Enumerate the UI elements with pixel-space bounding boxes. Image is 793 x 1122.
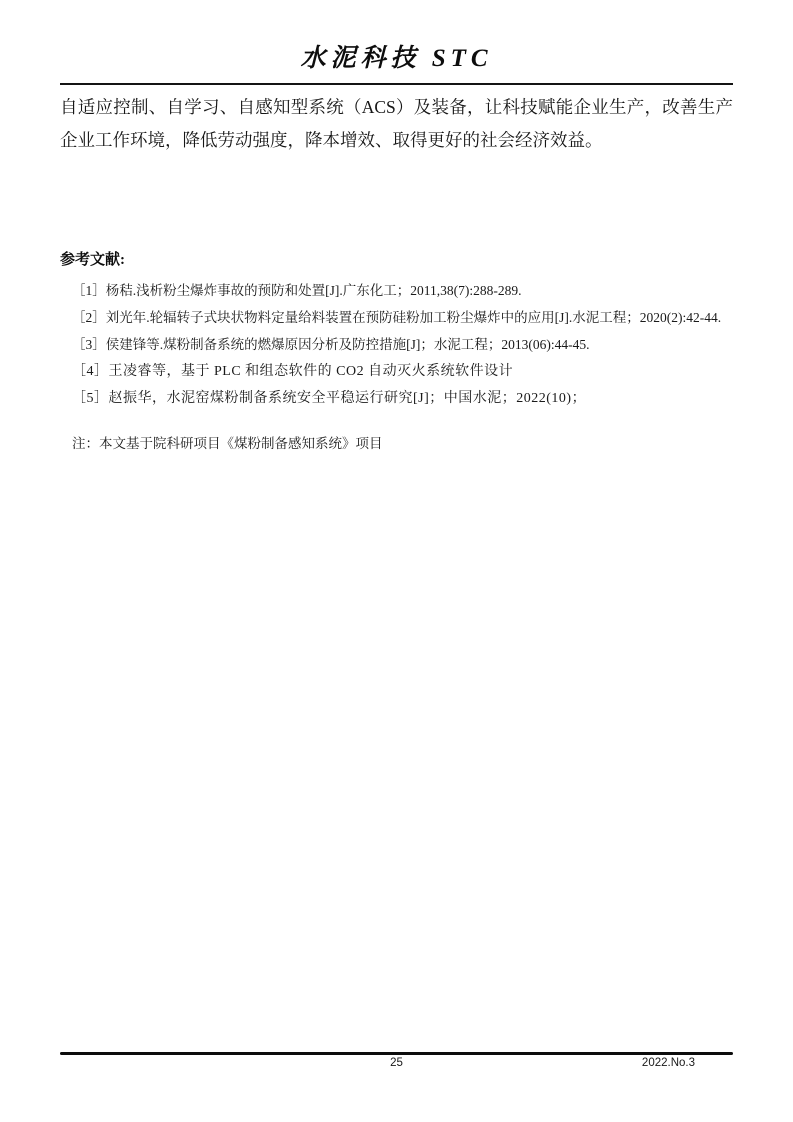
footer-divider (60, 1052, 733, 1055)
reference-item: ［1］杨秸.浅析粉尘爆炸事故的预防和处置[J].广东化工；2011,38(7):… (60, 277, 733, 304)
lead-paragraph: 自适应控制、自学习、自感知型系统（ACS）及装备，让科技赋能企业生产，改善生产企… (60, 91, 733, 157)
reference-item: ［3］侯建锋等.煤粉制备系统的燃爆原因分析及防控措施[J]；水泥工程；2013(… (60, 331, 733, 358)
reference-item: ［5］赵振华，水泥窑煤粉制备系统安全平稳运行研究[J]；中国水泥；2022(10… (60, 385, 733, 412)
reference-item: ［2］刘光年.轮辐转子式块状物料定量给料装置在预防硅粉加工粉尘爆炸中的应用[J]… (60, 304, 733, 331)
page-number: 25 (60, 1057, 733, 1069)
project-note: 注：本文基于院科研项目《煤粉制备感知系统》项目 (60, 430, 733, 457)
references-heading: 参考文献: (60, 248, 733, 269)
page-footer: 25 2022.No.3 (60, 1052, 733, 1073)
page-header: 水泥科技 STC 自适应控制、自学习、自感知型系统（ACS）及装备，让科技赋能企… (60, 0, 733, 157)
references-section: 参考文献: ［1］杨秸.浅析粉尘爆炸事故的预防和处置[J].广东化工；2011,… (60, 248, 733, 457)
header-divider (60, 83, 733, 85)
issue-number: 2022.No.3 (642, 1057, 695, 1069)
footer-row: 25 2022.No.3 (60, 1057, 733, 1073)
reference-item: ［4］王凌睿等，基于 PLC 和组态软件的 CO2 自动灭火系统软件设计 (60, 358, 733, 385)
document-page: 水泥科技 STC 自适应控制、自学习、自感知型系统（ACS）及装备，让科技赋能企… (0, 0, 793, 1122)
journal-title: 水泥科技 STC (60, 44, 733, 74)
